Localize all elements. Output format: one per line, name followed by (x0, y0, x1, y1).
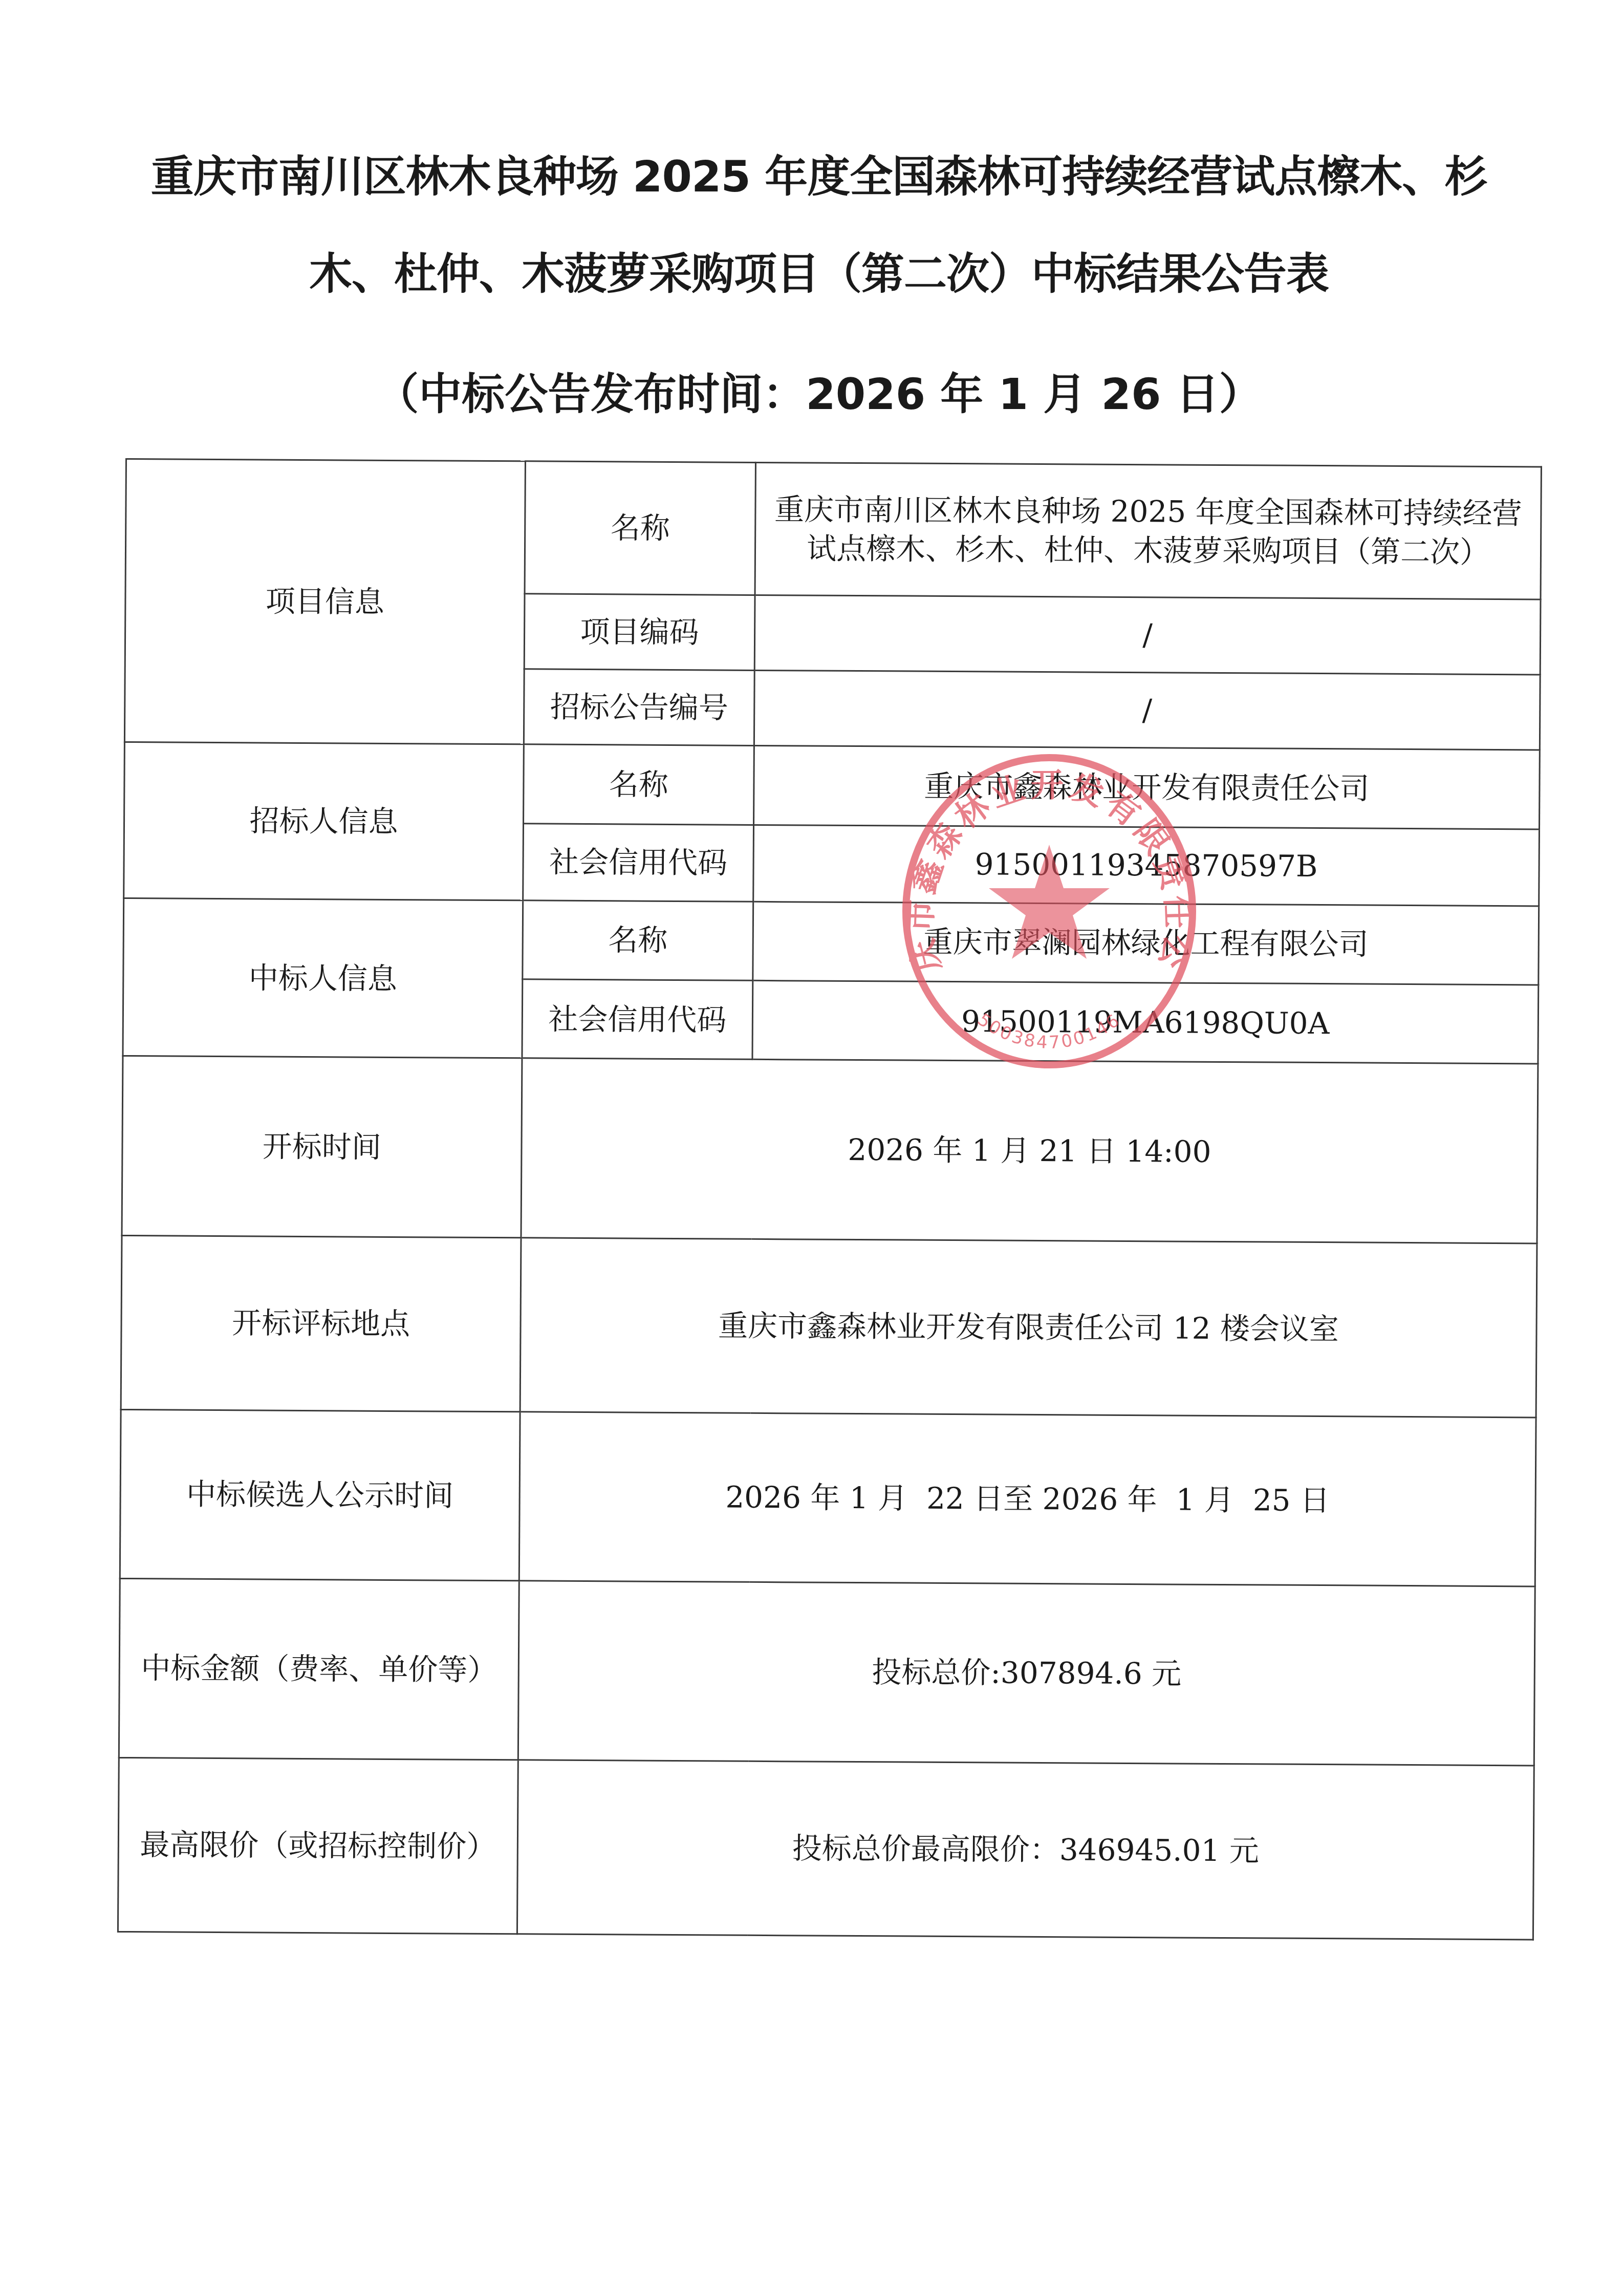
table-row: 中标候选人公示时间 2026 年 1 月 22 日至 2026 年 1 月 25… (120, 1409, 1536, 1586)
max-price-value: 投标总价最高限价：346945.01 元 (517, 1760, 1534, 1940)
project-code-label: 项目编码 (524, 594, 755, 671)
bid-opening-time-label: 开标时间 (122, 1056, 522, 1238)
winning-amount-value: 投标总价:307894.6 元 (518, 1580, 1535, 1765)
table-row: 最高限价（或招标控制价） 投标总价最高限价：346945.01 元 (118, 1757, 1534, 1940)
tenderer-credit-code-label: 社会信用代码 (523, 823, 754, 902)
publicity-period-label: 中标候选人公示时间 (120, 1409, 520, 1580)
tenderer-name-value: 重庆市鑫森林业开发有限责任公司 (754, 746, 1540, 829)
winner-credit-code-label: 社会信用代码 (522, 979, 753, 1060)
tenderer-name-label: 名称 (524, 744, 754, 825)
publish-time: （中标公告发布时间：2026 年 1 月 26 日） (358, 358, 1280, 430)
winner-name-value: 重庆市翠澜园林绿化工程有限公司 (753, 902, 1539, 985)
table-row: 中标金额（费率、单价等） 投标总价:307894.6 元 (119, 1578, 1535, 1766)
project-code-value: / (754, 595, 1541, 675)
project-name-value: 重庆市南川区林木良种场 2025 年度全国森林可持续经营试点檫木、杉木、杜仲、木… (755, 462, 1541, 599)
table-row: 招标人信息 名称 重庆市鑫森林业开发有限责任公司 (124, 742, 1540, 829)
project-info-label: 项目信息 (124, 459, 525, 745)
tenderer-credit-code-value: 91500119345870597B (753, 825, 1540, 906)
result-table: 项目信息 名称 重庆市南川区林木良种场 2025 年度全国森林可持续经营试点檫木… (117, 458, 1542, 1940)
bid-location-label: 开标评标地点 (121, 1235, 521, 1411)
table-row: 开标时间 2026 年 1 月 21 日 14:00 (122, 1056, 1538, 1243)
table-row: 中标人信息 名称 重庆市翠澜园林绿化工程有限公司 (123, 898, 1539, 985)
bid-location-value: 重庆市鑫森林业开发有限责任公司 12 楼会议室 (520, 1237, 1537, 1417)
winning-amount-label: 中标金额（费率、单价等） (119, 1578, 519, 1760)
document-title: 重庆市南川区林木良种场 2025 年度全国森林可持续经营试点檫木、杉木、杜仲、木… (128, 128, 1510, 323)
publicity-period-value: 2026 年 1 月 22 日至 2026 年 1 月 25 日 (519, 1412, 1536, 1586)
project-name-label: 名称 (525, 461, 755, 595)
tenderer-info-label: 招标人信息 (124, 742, 524, 900)
winner-name-label: 名称 (523, 900, 753, 981)
notice-number-value: / (754, 670, 1540, 750)
max-price-label: 最高限价（或招标控制价） (118, 1757, 518, 1934)
table-row: 项目信息 名称 重庆市南川区林木良种场 2025 年度全国森林可持续经营试点檫木… (125, 459, 1541, 599)
winner-info-label: 中标人信息 (123, 898, 523, 1058)
bid-opening-time-value: 2026 年 1 月 21 日 14:00 (521, 1058, 1538, 1243)
notice-number-label: 招标公告编号 (524, 669, 754, 746)
table-row: 开标评标地点 重庆市鑫森林业开发有限责任公司 12 楼会议室 (121, 1235, 1537, 1418)
winner-credit-code-value: 91500119MA6198QU0A (752, 980, 1539, 1064)
